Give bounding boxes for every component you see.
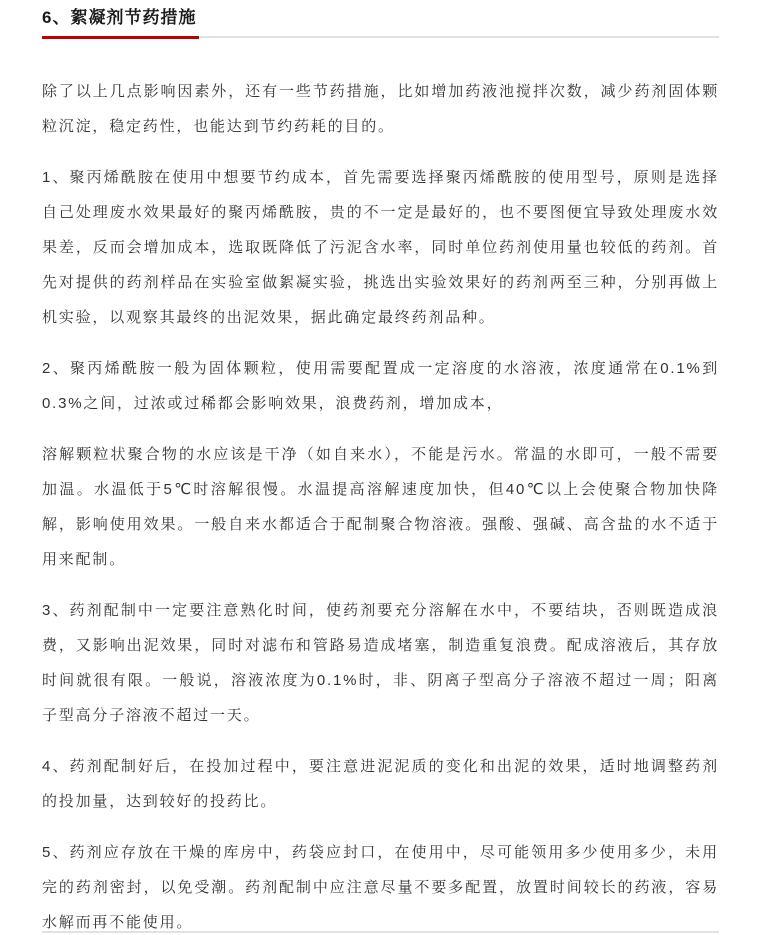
document-page: 6、絮凝剂节药措施 除了以上几点影响因素外，还有一些节药措施，比如增加药液池搅拌… [0,0,757,935]
body-paragraph: 3、药剂配制中一定要注意熟化时间，使药剂要充分溶解在水中，不要结块，否则既造成浪… [42,593,719,733]
document-content-area: 6、絮凝剂节药措施 除了以上几点影响因素外，还有一些节药措施，比如增加药液池搅拌… [0,0,757,935]
body-paragraph: 除了以上几点影响因素外，还有一些节药措施，比如增加药液池搅拌次数，减少药剂固体颗… [42,74,719,144]
body-paragraph: 1、聚丙烯酰胺在使用中想要节约成本，首先需要选择聚丙烯酰胺的使用型号，原则是选择… [42,160,719,335]
body-paragraph: 5、药剂应存放在干燥的库房中，药袋应封口，在使用中，尽可能领用多少使用多少，未用… [42,835,719,935]
bottom-divider [42,931,719,933]
section-title: 6、絮凝剂节药措施 [42,8,719,28]
body-paragraph: 溶解颗粒状聚合物的水应该是干净（如自来水），不能是污水。常温的水即可，一般不需要… [42,437,719,577]
body-paragraph: 4、药剂配制好后，在投加过程中，要注意进泥泥质的变化和出泥的效果，适时地调整药剂… [42,749,719,819]
title-divider-gray-segment [199,36,719,38]
title-divider-red-segment [42,36,199,39]
title-divider [42,36,719,39]
body-text-block: 除了以上几点影响因素外，还有一些节药措施，比如增加药液池搅拌次数，减少药剂固体颗… [42,74,719,935]
body-paragraph: 2、聚丙烯酰胺一般为固体颗粒，使用需要配置成一定溶度的水溶液，浓度通常在0.1%… [42,351,719,421]
